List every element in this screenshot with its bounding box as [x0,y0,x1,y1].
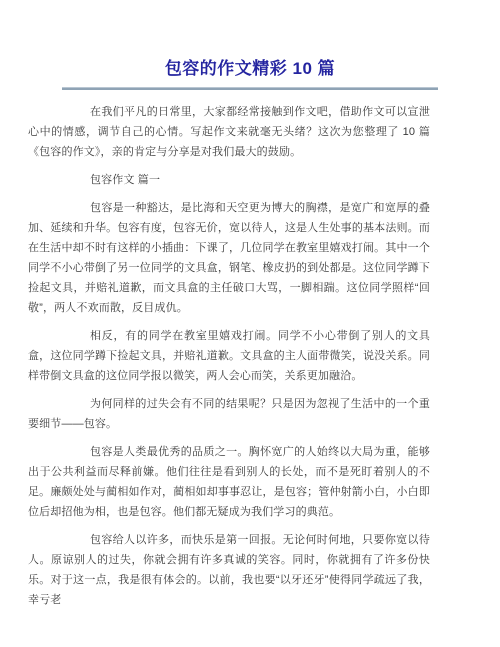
paragraph: 包容给人以许多，而快乐是第一回报。无论何时何地，只要你宽以待人。原谅别人的过失，… [28,530,430,610]
document-body: 在我们平凡的日常里，大家都经常接触到作文吧，借助作文可以宣泄心中的情感，调节自己… [28,90,430,610]
paragraph: 为何同样的过失会有不同的结果呢？只是因为忽视了生活中的一个重要细节——包容。 [28,394,430,434]
paragraph: 包容是一种豁达，是比海和天空更为博大的胸襟，是宽广和宽厚的叠加、延续和升华。包容… [28,198,430,318]
paragraph: 包容是人类最优秀的品质之一。胸怀宽广的人始终以大局为重，能够出于公共利益而尽释前… [28,442,430,522]
paragraph: 相反，有的同学在教室里嬉戏打闹。同学不小心带倒了别人的文具盒，这位同学蹲下捡起文… [28,326,430,386]
document-page: 包容的作文精彩 10 篇 在我们平凡的日常里，大家都经常接触到作文吧，借助作文可… [0,0,500,647]
paragraph: 在我们平凡的日常里，大家都经常接触到作文吧，借助作文可以宣泄心中的情感，调节自己… [28,102,430,162]
section-heading: 包容作文 篇一 [28,170,430,190]
page-title: 包容的作文精彩 10 篇 [0,0,500,81]
